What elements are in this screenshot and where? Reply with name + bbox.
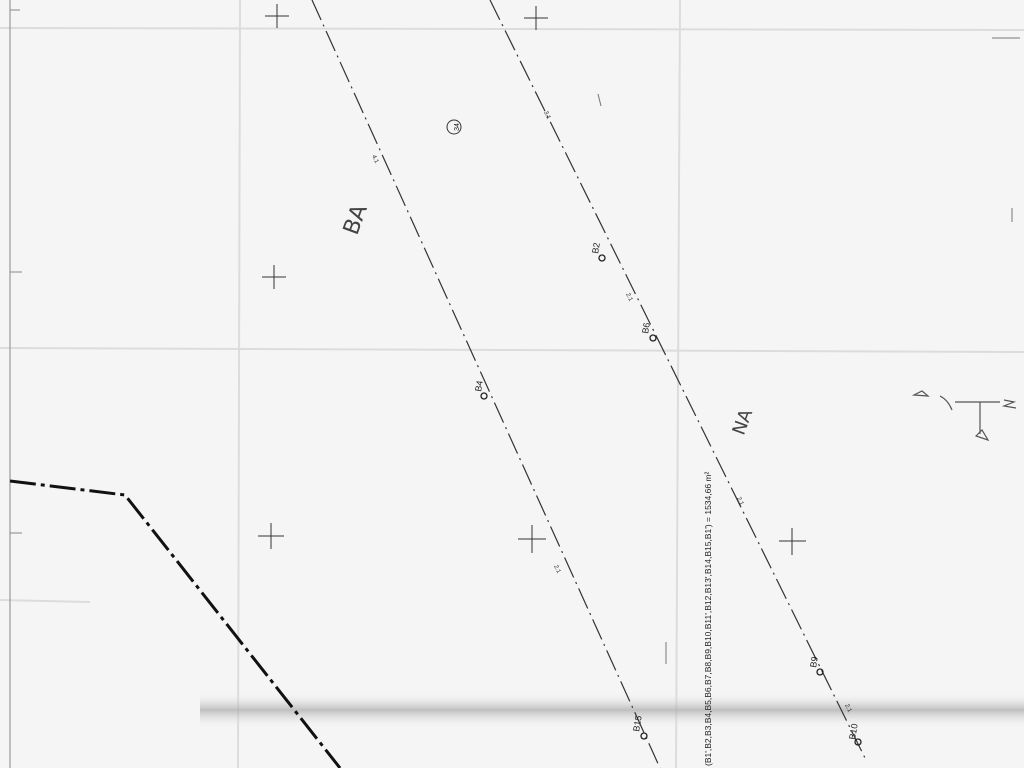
paper-background [0,0,1024,768]
point-label: B4 [473,380,485,393]
area-formula: (B1',B2,B3,B4,B5,B6,B7,B8,B9,B10,B11',B1… [703,471,713,766]
fold-shadow [200,692,1024,728]
point-label: B9 [808,656,820,669]
point-label: B2 [590,242,602,255]
point-label: B6 [640,322,652,335]
survey-map: B2 B6 B4 B9 B10 B15 4.1 3.1 2.1 2.1 2.1 … [0,0,1024,768]
svg-text:34: 34 [454,123,461,131]
